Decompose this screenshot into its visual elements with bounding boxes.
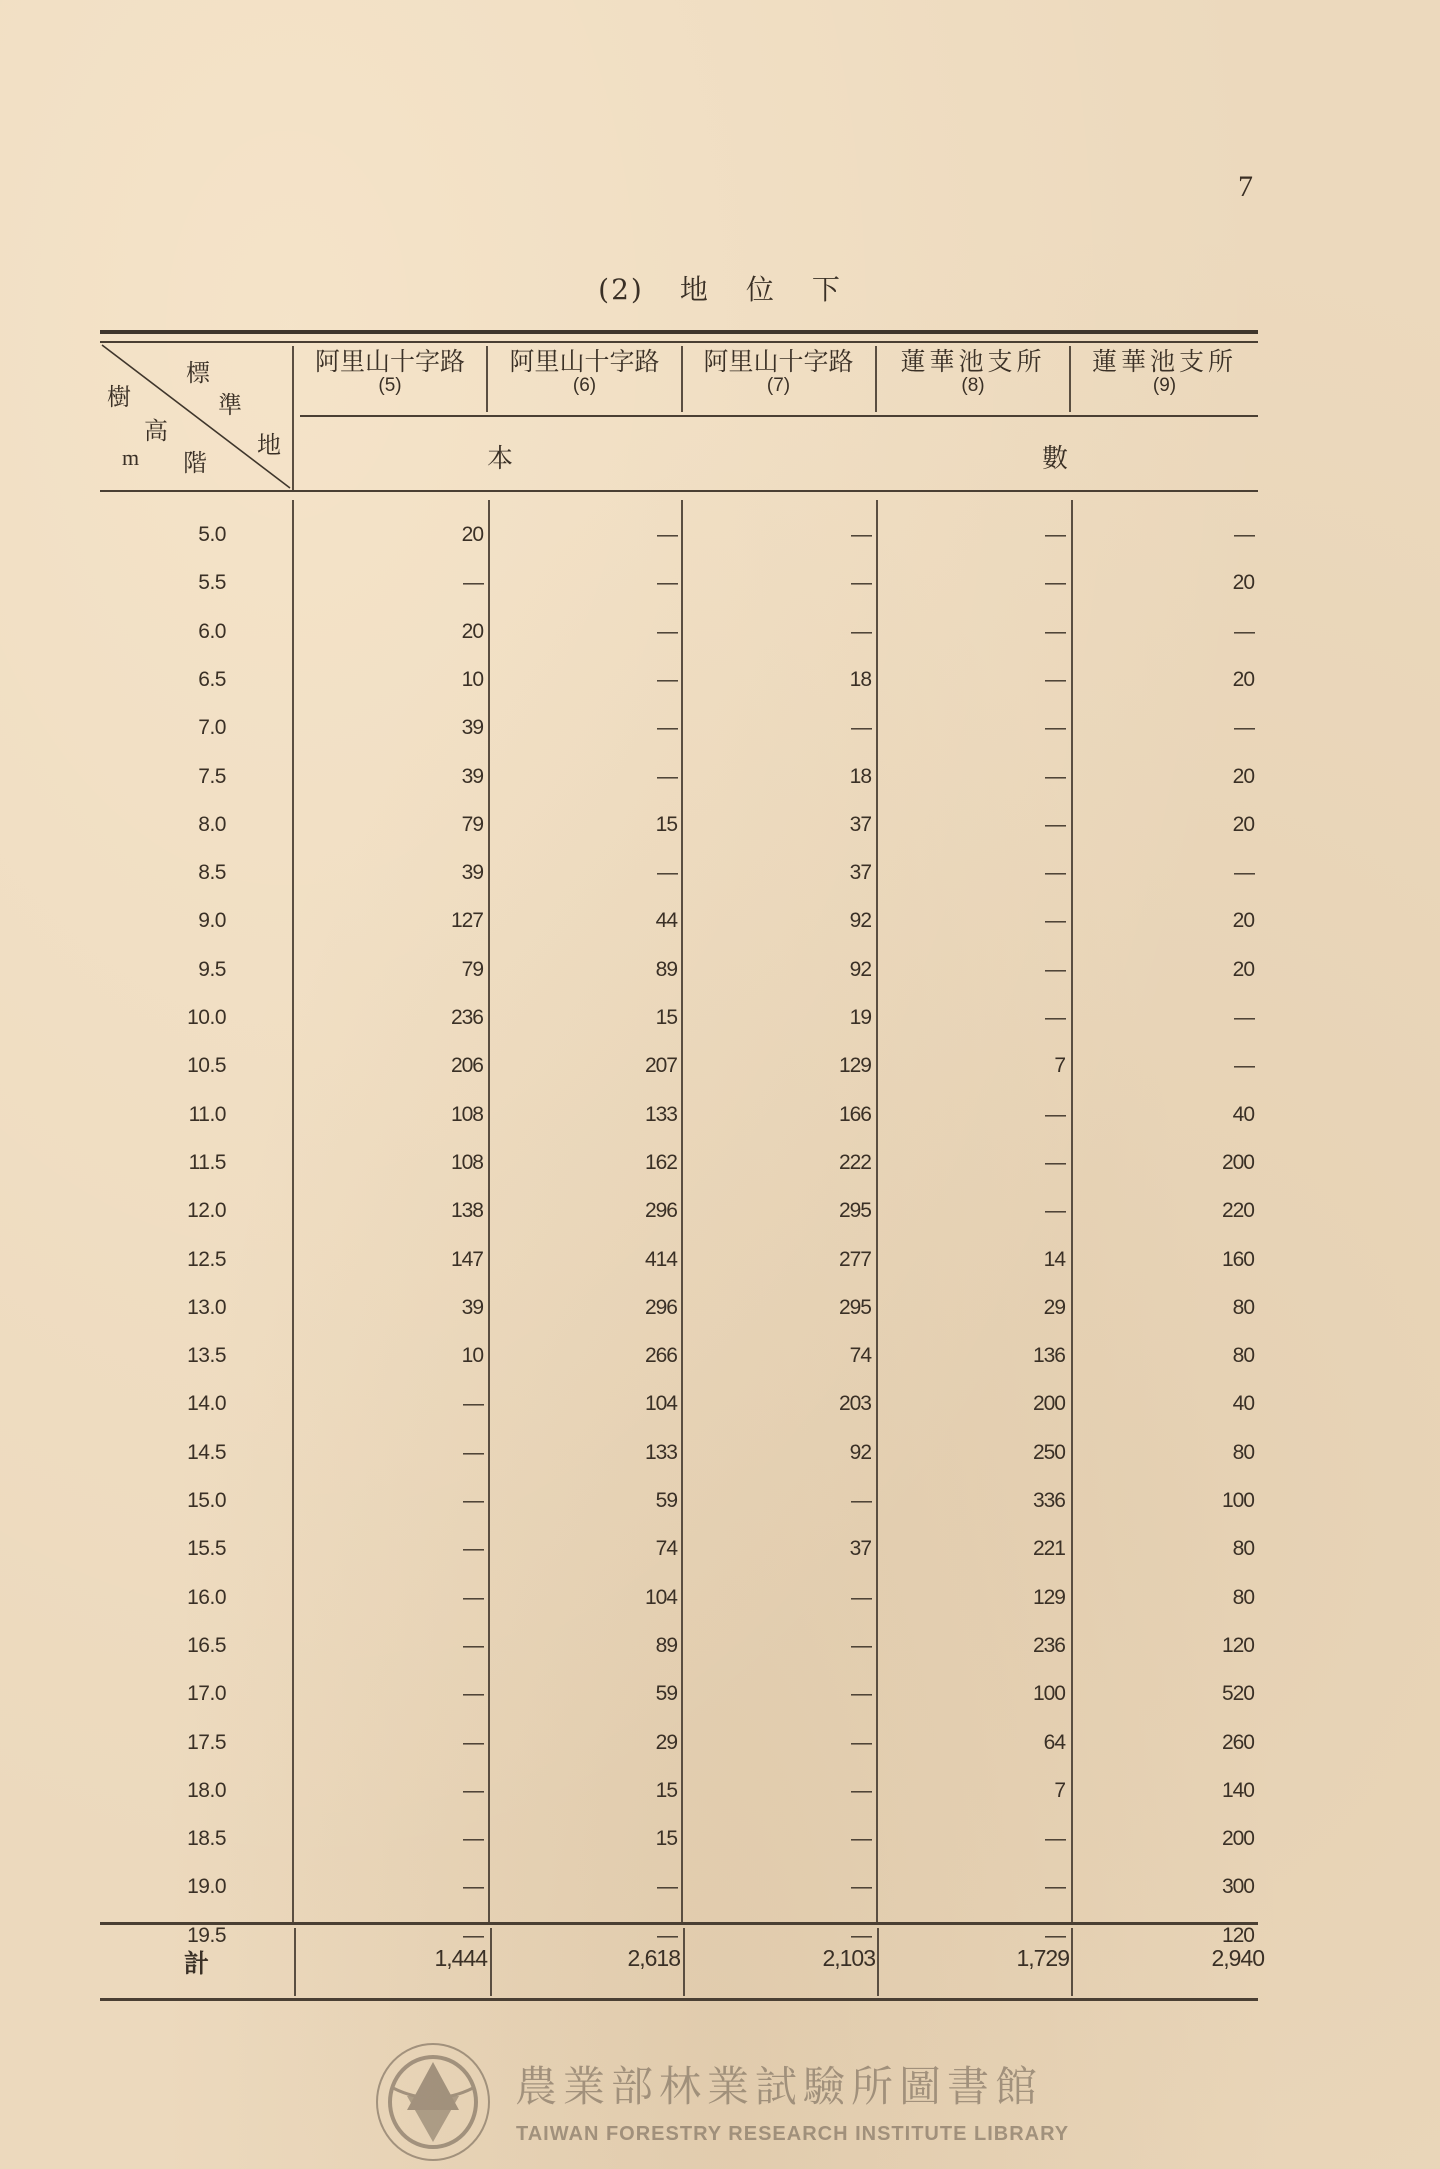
unit-label: 數 <box>1042 438 1068 475</box>
table-cell: 15 <box>488 813 677 837</box>
table-cell: — <box>294 1634 483 1658</box>
title-char: 下 <box>812 273 842 306</box>
table-cell: — <box>682 571 871 595</box>
row-height-label: 18.0 <box>160 1779 226 1803</box>
row-height-label: 9.0 <box>160 909 226 933</box>
column-number: (8) <box>877 376 1069 396</box>
table-cell: — <box>1071 620 1254 644</box>
table-cell: — <box>488 668 677 692</box>
table-cell: — <box>1071 523 1254 547</box>
table-cell: 80 <box>1071 1344 1254 1368</box>
table-cell: — <box>294 1731 483 1755</box>
table-cell: — <box>1071 1054 1254 1078</box>
table-cell: 120 <box>1071 1634 1254 1658</box>
column-name: 阿里山十字路 <box>509 347 659 376</box>
row-height-label: 15.5 <box>160 1537 226 1561</box>
row-height-label: 13.5 <box>160 1344 226 1368</box>
header-sub-rule <box>300 415 1258 417</box>
table-cell: 221 <box>877 1537 1065 1561</box>
table-cell: 100 <box>1071 1489 1254 1513</box>
table-cell: 260 <box>1071 1731 1254 1755</box>
table-cell: — <box>682 1586 871 1610</box>
table-cell: 20 <box>1071 571 1254 595</box>
row-height-label: 18.5 <box>160 1827 226 1851</box>
table-cell: 39 <box>294 1296 483 1320</box>
column-number: (7) <box>682 376 875 396</box>
forestry-institute-seal-icon <box>373 2040 498 2165</box>
row-height-label: 10.0 <box>160 1006 226 1030</box>
table-cell: 10 <box>294 1344 483 1368</box>
table-cell: 20 <box>1071 909 1254 933</box>
row-height-label: 15.0 <box>160 1489 226 1513</box>
column-header: 阿里山十字路 (5) <box>294 348 486 414</box>
table-cell: 200 <box>1071 1827 1254 1851</box>
table-cell: 100 <box>877 1682 1065 1706</box>
table-top-thick-rule <box>100 330 1258 334</box>
table-cell: 74 <box>488 1537 677 1561</box>
table-cell: 206 <box>294 1054 483 1078</box>
row-height-label: 5.0 <box>160 523 226 547</box>
table-cell: 15 <box>488 1827 677 1851</box>
title-char: 位 <box>746 273 776 306</box>
row-height-label: 10.5 <box>160 1054 226 1078</box>
table-cell: 220 <box>1071 1199 1254 1223</box>
table-cell: 222 <box>682 1151 871 1175</box>
table-cell: 296 <box>488 1296 677 1320</box>
table-cell: 104 <box>488 1586 677 1610</box>
table-cell: — <box>682 1827 871 1851</box>
table-cell: — <box>294 1392 483 1416</box>
table-cell: — <box>877 765 1065 789</box>
table-cell: 80 <box>1071 1586 1254 1610</box>
table-cell: — <box>877 1151 1065 1175</box>
table-cell: — <box>488 716 677 740</box>
column-number: (5) <box>294 376 486 396</box>
row-height-label: 12.5 <box>160 1248 226 1272</box>
table-cell: 203 <box>682 1392 871 1416</box>
total-value: 1,444 <box>294 1945 487 1972</box>
table-cell: 29 <box>877 1296 1065 1320</box>
table-cell: — <box>877 668 1065 692</box>
row-height-label: 7.0 <box>160 716 226 740</box>
page-number: 7 <box>1238 170 1253 204</box>
table-cell: 80 <box>1071 1441 1254 1465</box>
table-cell: 162 <box>488 1151 677 1175</box>
table-cell: 89 <box>488 958 677 982</box>
table-cell: 336 <box>877 1489 1065 1513</box>
table-cell: — <box>488 765 677 789</box>
table-cell: — <box>1071 861 1254 885</box>
total-value: 2,618 <box>490 1945 680 1972</box>
table-cell: — <box>488 571 677 595</box>
table-cell: 136 <box>877 1344 1065 1368</box>
table-cell: — <box>294 1489 483 1513</box>
table-cell: 20 <box>1071 813 1254 837</box>
table-cell: — <box>682 523 871 547</box>
table-cell: — <box>877 716 1065 740</box>
table-cell: — <box>488 523 677 547</box>
table-cell: — <box>1071 716 1254 740</box>
table-cell: 277 <box>682 1248 871 1272</box>
table-cell: 18 <box>682 765 871 789</box>
table-cell: 15 <box>488 1779 677 1803</box>
corner-label: 標 <box>186 353 210 388</box>
table-cell: — <box>877 1006 1065 1030</box>
table-cell: 18 <box>682 668 871 692</box>
table-cell: 200 <box>1071 1151 1254 1175</box>
table-cell: 108 <box>294 1151 483 1175</box>
table-cell: 92 <box>682 909 871 933</box>
table-cell: — <box>682 1731 871 1755</box>
row-height-label: 8.0 <box>160 813 226 837</box>
column-header: 蓮華池支所 (8) <box>877 348 1069 414</box>
corner-label: m <box>122 445 139 471</box>
title-char: 地 <box>680 273 710 306</box>
table-cell: — <box>294 1441 483 1465</box>
table-cell: — <box>1071 1006 1254 1030</box>
table-cell: 59 <box>488 1489 677 1513</box>
table-cell: — <box>682 1489 871 1513</box>
table-cell: 59 <box>488 1682 677 1706</box>
row-height-label: 13.0 <box>160 1296 226 1320</box>
table-cell: 19 <box>682 1006 871 1030</box>
table-cell: 37 <box>682 813 871 837</box>
row-height-label: 17.5 <box>160 1731 226 1755</box>
table-cell: — <box>877 523 1065 547</box>
table-cell: 414 <box>488 1248 677 1272</box>
table-cell: 207 <box>488 1054 677 1078</box>
table-cell: 140 <box>1071 1779 1254 1803</box>
table-cell: 236 <box>877 1634 1065 1658</box>
table-cell: 108 <box>294 1103 483 1127</box>
table-cell: 40 <box>1071 1392 1254 1416</box>
table-cell: — <box>877 620 1065 644</box>
column-name: 阿里山十字路 <box>703 347 853 376</box>
table-cell: 10 <box>294 668 483 692</box>
table-cell: 64 <box>877 1731 1065 1755</box>
table-cell: — <box>682 1682 871 1706</box>
total-value: 2,103 <box>683 1945 875 1972</box>
table-cell: — <box>877 571 1065 595</box>
column-number: (6) <box>488 376 681 396</box>
table-cell: — <box>682 716 871 740</box>
table-cell: — <box>877 958 1065 982</box>
table-cell: — <box>488 861 677 885</box>
table-cell: 236 <box>294 1006 483 1030</box>
table-cell: 89 <box>488 1634 677 1658</box>
column-name: 蓮華池支所 <box>1092 347 1237 376</box>
table-cell: 74 <box>682 1344 871 1368</box>
table-cell: — <box>294 1827 483 1851</box>
corner-header-cell: 標 準 地 樹 高 階 m <box>100 343 293 490</box>
table-cell: 14 <box>877 1248 1065 1272</box>
table-cell: 37 <box>682 1537 871 1561</box>
total-value: 2,940 <box>1071 1945 1264 1972</box>
column-header: 蓮華池支所 (9) <box>1071 348 1258 414</box>
table-cell: 40 <box>1071 1103 1254 1127</box>
column-number: (9) <box>1071 376 1258 396</box>
row-height-label: 14.5 <box>160 1441 226 1465</box>
table-cell: 295 <box>682 1296 871 1320</box>
row-height-label: 8.5 <box>160 861 226 885</box>
table-cell: 15 <box>488 1006 677 1030</box>
table-cell: — <box>294 1875 483 1899</box>
table-cell: 92 <box>682 958 871 982</box>
table-cell: — <box>488 1875 677 1899</box>
table-cell: 7 <box>877 1779 1065 1803</box>
table-cell: 80 <box>1071 1537 1254 1561</box>
table-cell: — <box>877 1875 1065 1899</box>
table-title: (2)地位下 <box>0 268 1440 308</box>
table-cell: 200 <box>877 1392 1065 1416</box>
row-height-label: 16.0 <box>160 1586 226 1610</box>
table-cell: — <box>294 1537 483 1561</box>
table-cell: 520 <box>1071 1682 1254 1706</box>
table-cell: 127 <box>294 909 483 933</box>
row-height-label: 17.0 <box>160 1682 226 1706</box>
table-cell: — <box>682 1634 871 1658</box>
table-cell: 80 <box>1071 1296 1254 1320</box>
unit-label: 本 <box>487 438 513 475</box>
row-height-label: 6.0 <box>160 620 226 644</box>
table-cell: 92 <box>682 1441 871 1465</box>
table-cell: 20 <box>294 620 483 644</box>
table-cell: — <box>877 813 1065 837</box>
library-watermark: 農業部林業試驗所圖書館 TAIWAN FORESTRY RESEARCH INS… <box>373 2040 1073 2165</box>
table-cell: — <box>877 909 1065 933</box>
table-cell: — <box>877 861 1065 885</box>
column-name: 阿里山十字路 <box>315 347 465 376</box>
table-cell: 133 <box>488 1441 677 1465</box>
row-height-label: 6.5 <box>160 668 226 692</box>
watermark-title: 農業部林業試驗所圖書館 <box>515 2054 1043 2114</box>
corner-label: 準 <box>218 385 242 420</box>
table-cell: 295 <box>682 1199 871 1223</box>
table-cell: 20 <box>1071 765 1254 789</box>
row-height-label: 5.5 <box>160 571 226 595</box>
table-cell: — <box>294 1586 483 1610</box>
table-cell: 133 <box>488 1103 677 1127</box>
table-cell: 7 <box>877 1054 1065 1078</box>
corner-label: 樹 <box>107 377 131 412</box>
table-cell: 266 <box>488 1344 677 1368</box>
title-prefix: (2) <box>598 273 644 306</box>
row-height-label: 7.5 <box>160 765 226 789</box>
table-cell: — <box>488 620 677 644</box>
column-name: 蓮華池支所 <box>900 347 1045 376</box>
row-height-label: 9.5 <box>160 958 226 982</box>
table-cell: 39 <box>294 716 483 740</box>
table-cell: 20 <box>1071 668 1254 692</box>
table-cell: 296 <box>488 1199 677 1223</box>
table-cell: 20 <box>1071 958 1254 982</box>
row-height-label: 19.0 <box>160 1875 226 1899</box>
header-bottom-rule <box>100 490 1258 492</box>
table-cell: 39 <box>294 765 483 789</box>
table-bottom-rule <box>100 1998 1258 2001</box>
table-cell: — <box>877 1103 1065 1127</box>
table-cell: — <box>682 1779 871 1803</box>
corner-label: 地 <box>257 425 281 460</box>
total-value: 1,729 <box>877 1945 1069 1972</box>
table-cell: 138 <box>294 1199 483 1223</box>
total-label: 計 <box>184 1944 209 1980</box>
row-height-label: 16.5 <box>160 1634 226 1658</box>
column-header: 阿里山十字路 (7) <box>682 348 875 414</box>
table-cell: — <box>294 1682 483 1706</box>
row-height-label: 11.5 <box>160 1151 226 1175</box>
table-cell: 29 <box>488 1731 677 1755</box>
table-cell: 37 <box>682 861 871 885</box>
table-cell: 129 <box>682 1054 871 1078</box>
table-cell: 300 <box>1071 1875 1254 1899</box>
corner-label: 階 <box>183 443 207 478</box>
table-cell: 147 <box>294 1248 483 1272</box>
table-cell: 79 <box>294 813 483 837</box>
table-cell: 160 <box>1071 1248 1254 1272</box>
table-cell: — <box>294 571 483 595</box>
table-cell: 104 <box>488 1392 677 1416</box>
table-cell: 79 <box>294 958 483 982</box>
table-cell: — <box>877 1199 1065 1223</box>
table-cell: 129 <box>877 1586 1065 1610</box>
table-cell: — <box>682 620 871 644</box>
row-height-label: 14.0 <box>160 1392 226 1416</box>
table-cell: 166 <box>682 1103 871 1127</box>
table-cell: — <box>294 1779 483 1803</box>
column-header: 阿里山十字路 (6) <box>488 348 681 414</box>
table-cell: — <box>682 1875 871 1899</box>
table-cell: 20 <box>294 523 483 547</box>
table-cell: — <box>877 1827 1065 1851</box>
corner-label: 高 <box>144 411 168 446</box>
table-cell: 44 <box>488 909 677 933</box>
watermark-subtitle: TAIWAN FORESTRY RESEARCH INSTITUTE LIBRA… <box>516 2123 1069 2146</box>
row-height-label: 12.0 <box>160 1199 226 1223</box>
table-cell: 250 <box>877 1441 1065 1465</box>
table-cell: 39 <box>294 861 483 885</box>
row-height-label: 11.0 <box>160 1103 226 1127</box>
